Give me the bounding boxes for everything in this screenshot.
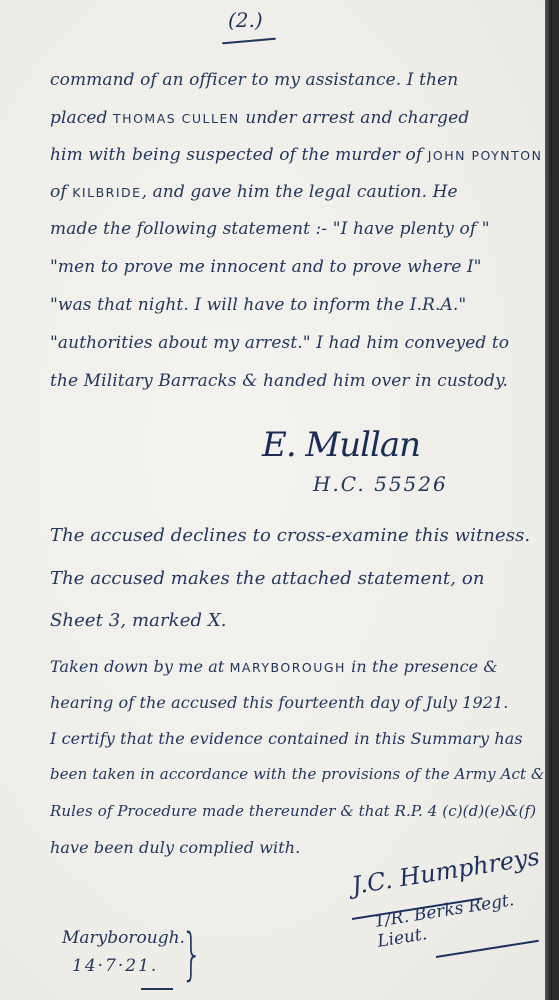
text-line: "was that night. I will have to inform t… (50, 295, 466, 315)
text-line: Rules of Procedure made thereunder & tha… (50, 802, 536, 820)
witness-rank-number: H.C. 55526 (313, 472, 448, 496)
text-line: made the following statement :- "I have … (50, 219, 490, 239)
text-line: the Military Barracks & handed him over … (50, 371, 508, 391)
text-segment: Taken down by me at (50, 657, 230, 676)
date-underline (141, 988, 173, 990)
text-segment: him with being suspected of the murder o… (50, 145, 428, 165)
text-segment: under arrest and charged (240, 108, 470, 128)
text-line: have been duly complied with. (50, 838, 300, 857)
text-line: him with being suspected of the murder o… (50, 145, 542, 165)
date-of-signing: 14·7·21. (72, 956, 158, 976)
text-line: Sheet 3, marked X. (50, 610, 227, 631)
handwritten-document-page: (2.) command of an officer to my assista… (0, 0, 552, 1000)
text-line: I certify that the evidence contained in… (50, 729, 523, 748)
text-segment: , and gave him the legal caution. He (142, 182, 458, 202)
text-segment: placed (50, 108, 113, 128)
text-line: Taken down by me at MARYBOROUGH in the p… (50, 657, 498, 676)
place-name: KILBRIDE (72, 185, 141, 200)
page-binding-edge (545, 0, 552, 1000)
text-line: command of an officer to my assistance. … (50, 70, 458, 90)
text-line: hearing of the accused this fourteenth d… (50, 693, 508, 712)
witness-signature: E. Mullan (262, 425, 420, 465)
victim-name: JOHN POYNTON (428, 148, 543, 163)
officer-title-underline (436, 940, 539, 958)
text-line: The accused makes the attached statement… (50, 568, 485, 589)
text-line: of KILBRIDE, and gave him the legal caut… (50, 182, 458, 202)
text-line: placed THOMAS CULLEN under arrest and ch… (50, 108, 469, 128)
page-number: (2.) (228, 8, 263, 32)
text-line: The accused declines to cross-examine th… (50, 525, 530, 546)
text-segment: in the presence & (346, 657, 498, 676)
text-line: "authorities about my arrest." I had him… (50, 333, 509, 353)
location-name: MARYBOROUGH (230, 660, 346, 675)
text-line: "men to prove me innocent and to prove w… (50, 257, 482, 277)
accused-name: THOMAS CULLEN (113, 111, 240, 126)
page-number-underline (222, 38, 276, 45)
text-line: been taken in accordance with the provis… (50, 765, 544, 783)
place-of-signing: Maryborough. (62, 928, 185, 948)
right-brace-icon: } (181, 922, 202, 987)
text-segment: of (50, 182, 72, 202)
